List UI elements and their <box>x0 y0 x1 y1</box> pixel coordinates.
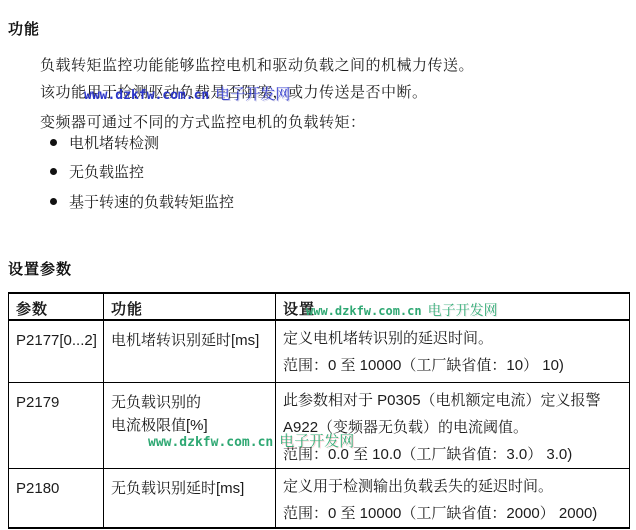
setting-line: 范围：0 至 10000（工厂缺省值：2000） 2000) <box>283 500 625 527</box>
list-item-speed-based-monitoring: 基于转速的负载转矩监控 <box>50 191 234 212</box>
document-page: { "page": { "background": "#ffffff", "te… <box>0 0 636 530</box>
function-cell: 无负载识别的 电流极限值[%] <box>104 382 276 468</box>
setting-line: 此参数相对于 P0305（电机额定电流）定义报警 <box>283 387 625 414</box>
section-heading-function: 功能 <box>8 18 40 39</box>
param-cell: P2179 <box>9 382 104 468</box>
watermark-table-row2: www.dzkfw.com.cn电子开发网 <box>148 430 354 451</box>
function-cell: 电机堵转识别延时[ms] <box>104 320 276 382</box>
watermark-top: www.dzkfw.com.cn电子开发网 <box>84 83 290 104</box>
bullet-icon <box>50 198 57 205</box>
setting-line: 定义电机堵转识别的延迟时间。 <box>283 325 625 352</box>
setting-line: 定义用于检测输出负载丢失的延迟时间。 <box>283 473 625 500</box>
param-cell: P2180 <box>9 468 104 528</box>
table-row: P2179 无负载识别的 电流极限值[%] 此参数相对于 P0305（电机额定电… <box>9 382 630 468</box>
setting-line: 范围：0 至 10000（工厂缺省值：10） 10) <box>283 352 625 379</box>
header-cell-param: 参数 <box>9 293 104 320</box>
watermark-site-text: 电子开发网 <box>279 433 354 450</box>
bullet-icon <box>50 139 57 146</box>
setting-cell: 定义用于检测输出负载丢失的延迟时间。 范围：0 至 10000（工厂缺省值：20… <box>276 468 630 528</box>
watermark-url-text: www.dzkfw.com.cn <box>84 88 209 103</box>
bullet-icon <box>50 168 57 175</box>
function-line: 电机堵转识别延时[ms] <box>111 329 271 352</box>
watermark-url-text: www.dzkfw.com.cn <box>148 435 273 450</box>
list-item-label: 电机堵转检测 <box>69 132 159 153</box>
list-item-label: 无负载监控 <box>69 161 144 182</box>
list-item-label: 基于转速的负载转矩监控 <box>69 191 234 212</box>
setting-cell: 定义电机堵转识别的延迟时间。 范围：0 至 10000（工厂缺省值：10） 10… <box>276 320 630 382</box>
function-cell: 无负载识别延时[ms] <box>104 468 276 528</box>
table-row: P2177[0...2] 电机堵转识别延时[ms] 定义电机堵转识别的延迟时间。… <box>9 320 630 382</box>
list-item-no-load-monitoring: 无负载监控 <box>50 161 144 182</box>
function-line: 无负载识别的 <box>111 391 271 414</box>
watermark-site-text: 电子开发网 <box>428 302 498 318</box>
watermark-site-text: 电子开发网 <box>215 86 290 103</box>
paragraph-torque-monitoring: 负载转矩监控功能能够监控电机和驱动负载之间的机械力传送。 <box>40 54 474 75</box>
watermark-table-header: www.dzkfw.com.cn电子开发网 <box>306 300 498 320</box>
watermark-url-text: www.dzkfw.com.cn <box>306 304 422 318</box>
list-item-stall-detection: 电机堵转检测 <box>50 132 159 153</box>
parameters-table: 参数 功能 设置 P2177[0...2] 电机堵转识别延时[ms] 定义电机堵… <box>8 292 630 529</box>
table-row: P2180 无负载识别延时[ms] 定义用于检测输出负载丢失的延迟时间。 范围：… <box>9 468 630 528</box>
param-cell: P2177[0...2] <box>9 320 104 382</box>
paragraph-monitoring-methods: 变频器可通过不同的方式监控电机的负载转矩： <box>40 111 366 132</box>
setting-cell: 此参数相对于 P0305（电机额定电流）定义报警 A922（变频器无负载）的电流… <box>276 382 630 468</box>
function-line: 无负载识别延时[ms] <box>111 477 271 500</box>
section-heading-parameters: 设置参数 <box>8 258 72 279</box>
header-cell-function: 功能 <box>104 293 276 320</box>
